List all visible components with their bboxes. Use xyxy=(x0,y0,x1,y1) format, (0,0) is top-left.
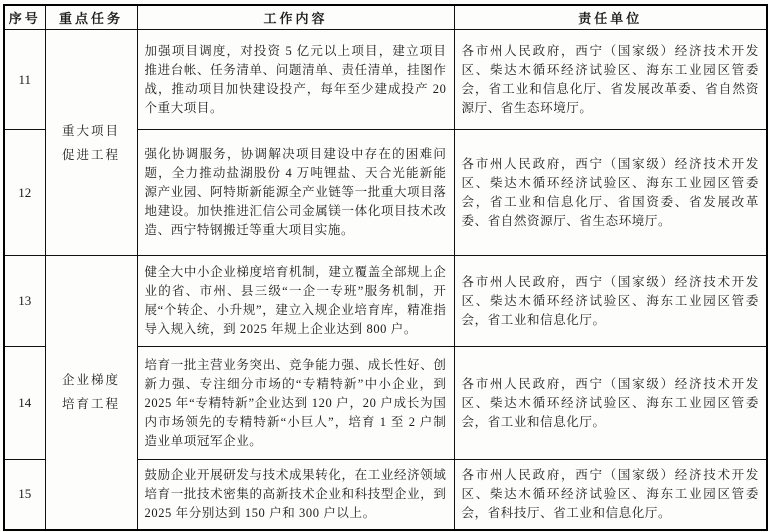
unit-cell: 各市州人民政府，西宁（国家级）经济技术开发区、柴达木循环经济试验区、海东工业园区… xyxy=(454,30,767,130)
content-cell: 强化协调服务，协调解决项目建设中存在的困难问题，全力推动盐湖股份 4 万吨锂盐、… xyxy=(137,130,454,256)
content-cell: 健全大中小企业梯度培育机制，建立覆盖全部规上企业的省、市州、县三级“一企一专班”… xyxy=(137,256,454,347)
document-page: 序号 重点任务 工作内容 责任单位 11 重大项目 促进工程 加强项目调度，对投… xyxy=(0,0,770,532)
task-group-cell: 企业梯度 培育工程 xyxy=(45,256,137,530)
serial-cell: 15 xyxy=(4,460,45,530)
header-responsible-unit: 责任单位 xyxy=(454,5,767,30)
serial-cell: 11 xyxy=(4,30,45,130)
table-row: 13 企业梯度 培育工程 健全大中小企业梯度培育机制，建立覆盖全部规上企业的省、… xyxy=(4,256,767,347)
header-serial-number: 序号 xyxy=(4,5,45,30)
table-row: 11 重大项目 促进工程 加强项目调度，对投资 5 亿元以上项目，建立项目推进台… xyxy=(4,30,767,130)
table-header-row: 序号 重点任务 工作内容 责任单位 xyxy=(4,5,767,30)
content-cell: 加强项目调度，对投资 5 亿元以上项目，建立项目推进台帐、任务清单、问题清单、责… xyxy=(137,30,454,130)
content-cell: 培育一批主营业务突出、竞争能力强、成长性好、创新力强、专注细分市场的“专精特新”… xyxy=(137,347,454,460)
unit-cell: 各市州人民政府，西宁（国家级）经济技术开发区、柴达木循环经济试验区、海东工业园区… xyxy=(454,460,767,530)
unit-cell: 各市州人民政府，西宁（国家级）经济技术开发区、柴达木循环经济试验区、海东工业园区… xyxy=(454,347,767,460)
header-key-task: 重点任务 xyxy=(45,5,137,30)
unit-cell: 各市州人民政府，西宁（国家级）经济技术开发区、柴达木循环经济试验区、海东工业园区… xyxy=(454,256,767,347)
serial-cell: 13 xyxy=(4,256,45,347)
serial-cell: 12 xyxy=(4,130,45,256)
task-table: 序号 重点任务 工作内容 责任单位 11 重大项目 促进工程 加强项目调度，对投… xyxy=(3,4,768,531)
task-group-cell: 重大项目 促进工程 xyxy=(45,30,137,256)
content-cell: 鼓励企业开展研发与技术成果转化，在工业经济领域培育一批技术密集的高新技术企业和科… xyxy=(137,460,454,530)
unit-cell: 各市州人民政府，西宁（国家级）经济技术开发区、柴达木循环经济试验区、海东工业园区… xyxy=(454,130,767,256)
serial-cell: 14 xyxy=(4,347,45,460)
header-work-content: 工作内容 xyxy=(137,5,454,30)
